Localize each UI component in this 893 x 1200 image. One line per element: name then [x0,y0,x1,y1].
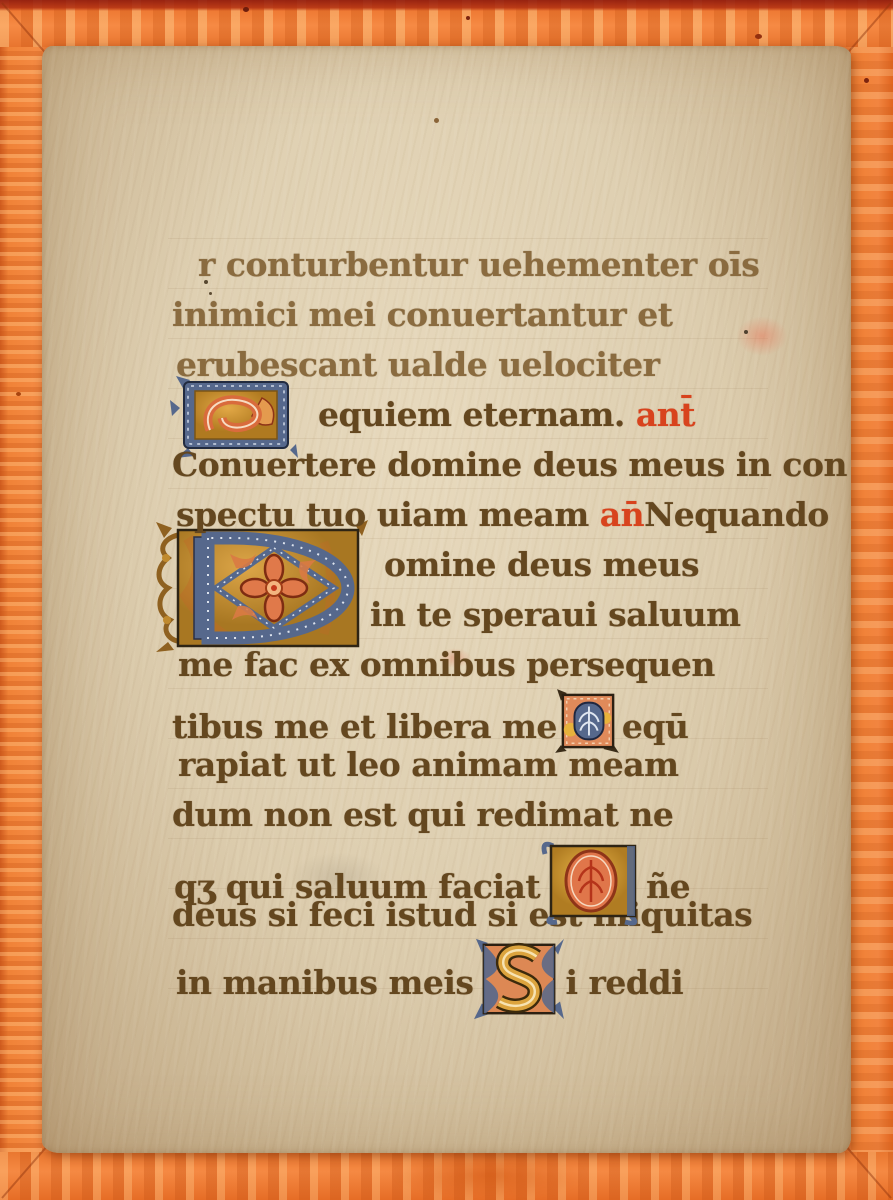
manuscript-line: r conturbentur uehementer oīs [172,240,792,290]
manuscript-line: me fac ex omnibus persequen [172,640,792,690]
body-text: inimici mei conuertantur et [172,295,673,334]
manuscript-line: in manibus meis i reddi [172,940,792,990]
manuscript-line: rapiat ut leo animam meam [172,740,792,790]
manuscript-line: inimici mei conuertantur et [172,290,792,340]
frame-speck [243,7,249,12]
illuminated-initial-D [543,840,643,924]
frame-bar-left [0,0,42,1200]
manuscript-line: erubescant ualde uelociter [172,340,792,390]
manuscript-line: deus si feci istud si est iniquitas [172,890,792,940]
body-text: me fac ex omnibus persequen [178,645,715,684]
manuscript-line: omine deus meus [172,540,792,590]
frame-speck [16,392,21,396]
text-block: r conturbentur uehementer oīsinimici mei… [172,240,792,990]
illuminated-initial-N [559,690,617,752]
frame-speck [755,34,762,39]
manuscript-line: Conuertere domine deus meus in con [172,440,792,490]
body-text: r conturbentur uehementer oīs [198,245,759,284]
body-text: spectu tuo uiam meam [176,495,600,534]
manuscript-line: dum non est qui redimat ne [172,790,792,840]
manuscript-line: tibus me et libera me eqū [172,690,792,740]
framed-manuscript-photo: r conturbentur uehementer oīsinimici mei… [0,0,893,1200]
body-text: in te speraui saluum [370,595,741,634]
body-text: in manibus meis [176,963,474,1002]
frame-bar-right [851,0,893,1200]
frame-speck [466,16,470,20]
body-text: deus si feci istud si est iniquitas [172,895,752,934]
body-text: dum non est qui redimat ne [172,795,673,834]
rubric-text: ant̄ [625,395,695,434]
frame-speck [864,78,869,83]
body-text: Nequando [644,495,829,534]
manuscript-line: equiem eternam. ant̄ [172,390,792,440]
body-text: equiem eternam. [318,395,625,434]
body-text: Conuertere domine deus meus in con [172,445,847,484]
body-text: omine deus meus [384,545,699,584]
rubric-text: an̄ [600,495,644,534]
ink-speck [434,118,439,123]
body-text: i reddi [566,963,684,1002]
illuminated-initial-S [476,940,562,1018]
manuscript-line: qʒ qui saluum faciat ñe [172,840,792,890]
frame-top-red-edge [0,0,893,11]
manuscript-line: in te speraui saluum [172,590,792,640]
body-text: erubescant ualde uelociter [176,345,659,384]
manuscript-line: spectu tuo uiam meam an̄Nequando [172,490,792,540]
frame-paint-blotch [392,1150,587,1200]
